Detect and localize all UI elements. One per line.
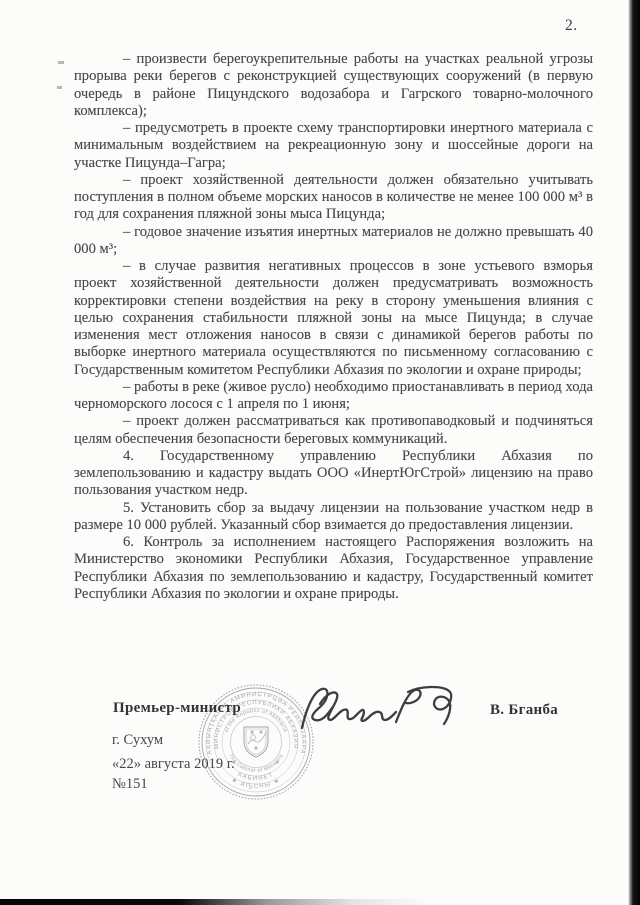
paragraph-shore-works: – произвести берегоукрепительные работы … bbox=[74, 51, 593, 120]
paragraph-marine-deposits: – проект хозяйственной деятельности долж… bbox=[74, 172, 593, 224]
signature-icon bbox=[296, 684, 468, 736]
paragraph-annual-limit: – годовое значение изъятия инертных мате… bbox=[74, 224, 593, 259]
signature-date: «22» августа 2019 г. bbox=[112, 756, 235, 773]
paragraph-item-5-fee: 5. Установить сбор за выдачу лицензии на… bbox=[74, 500, 593, 535]
seal-star-right: ★ bbox=[275, 760, 280, 766]
coat-of-arms-icon bbox=[244, 727, 268, 757]
scan-speck bbox=[58, 61, 64, 64]
signature-city: г. Сухум bbox=[112, 732, 163, 749]
scan-speck bbox=[57, 86, 62, 89]
paragraph-negative-processes: – в случае развития негативных процессов… bbox=[74, 258, 593, 379]
signer-name: В. Бганба bbox=[490, 702, 558, 719]
paragraph-transport-scheme: – предусмотреть в проекте схему транспор… bbox=[74, 120, 593, 172]
paragraph-item-4-license: 4. Государственному управлению Республик… bbox=[74, 448, 593, 500]
page-number: 2. bbox=[565, 17, 578, 35]
paragraph-river-works-pause: – работы в реке (живое русло) необходимо… bbox=[74, 379, 593, 414]
paragraph-item-6-control: 6. Контроль за исполнением настоящего Ра… bbox=[74, 534, 593, 603]
document-number: №151 bbox=[112, 776, 148, 793]
paragraph-flood-protection: – проект должен рассматриваться как прот… bbox=[74, 413, 593, 448]
scan-edge-right bbox=[628, 0, 640, 905]
document-body: – произвести берегоукрепительные работы … bbox=[74, 51, 593, 603]
scan-edge-bottom bbox=[0, 899, 430, 905]
signer-title: Премьер-министр bbox=[113, 700, 241, 717]
document-page: 2. – произвести берегоукрепительные рабо… bbox=[0, 0, 640, 905]
